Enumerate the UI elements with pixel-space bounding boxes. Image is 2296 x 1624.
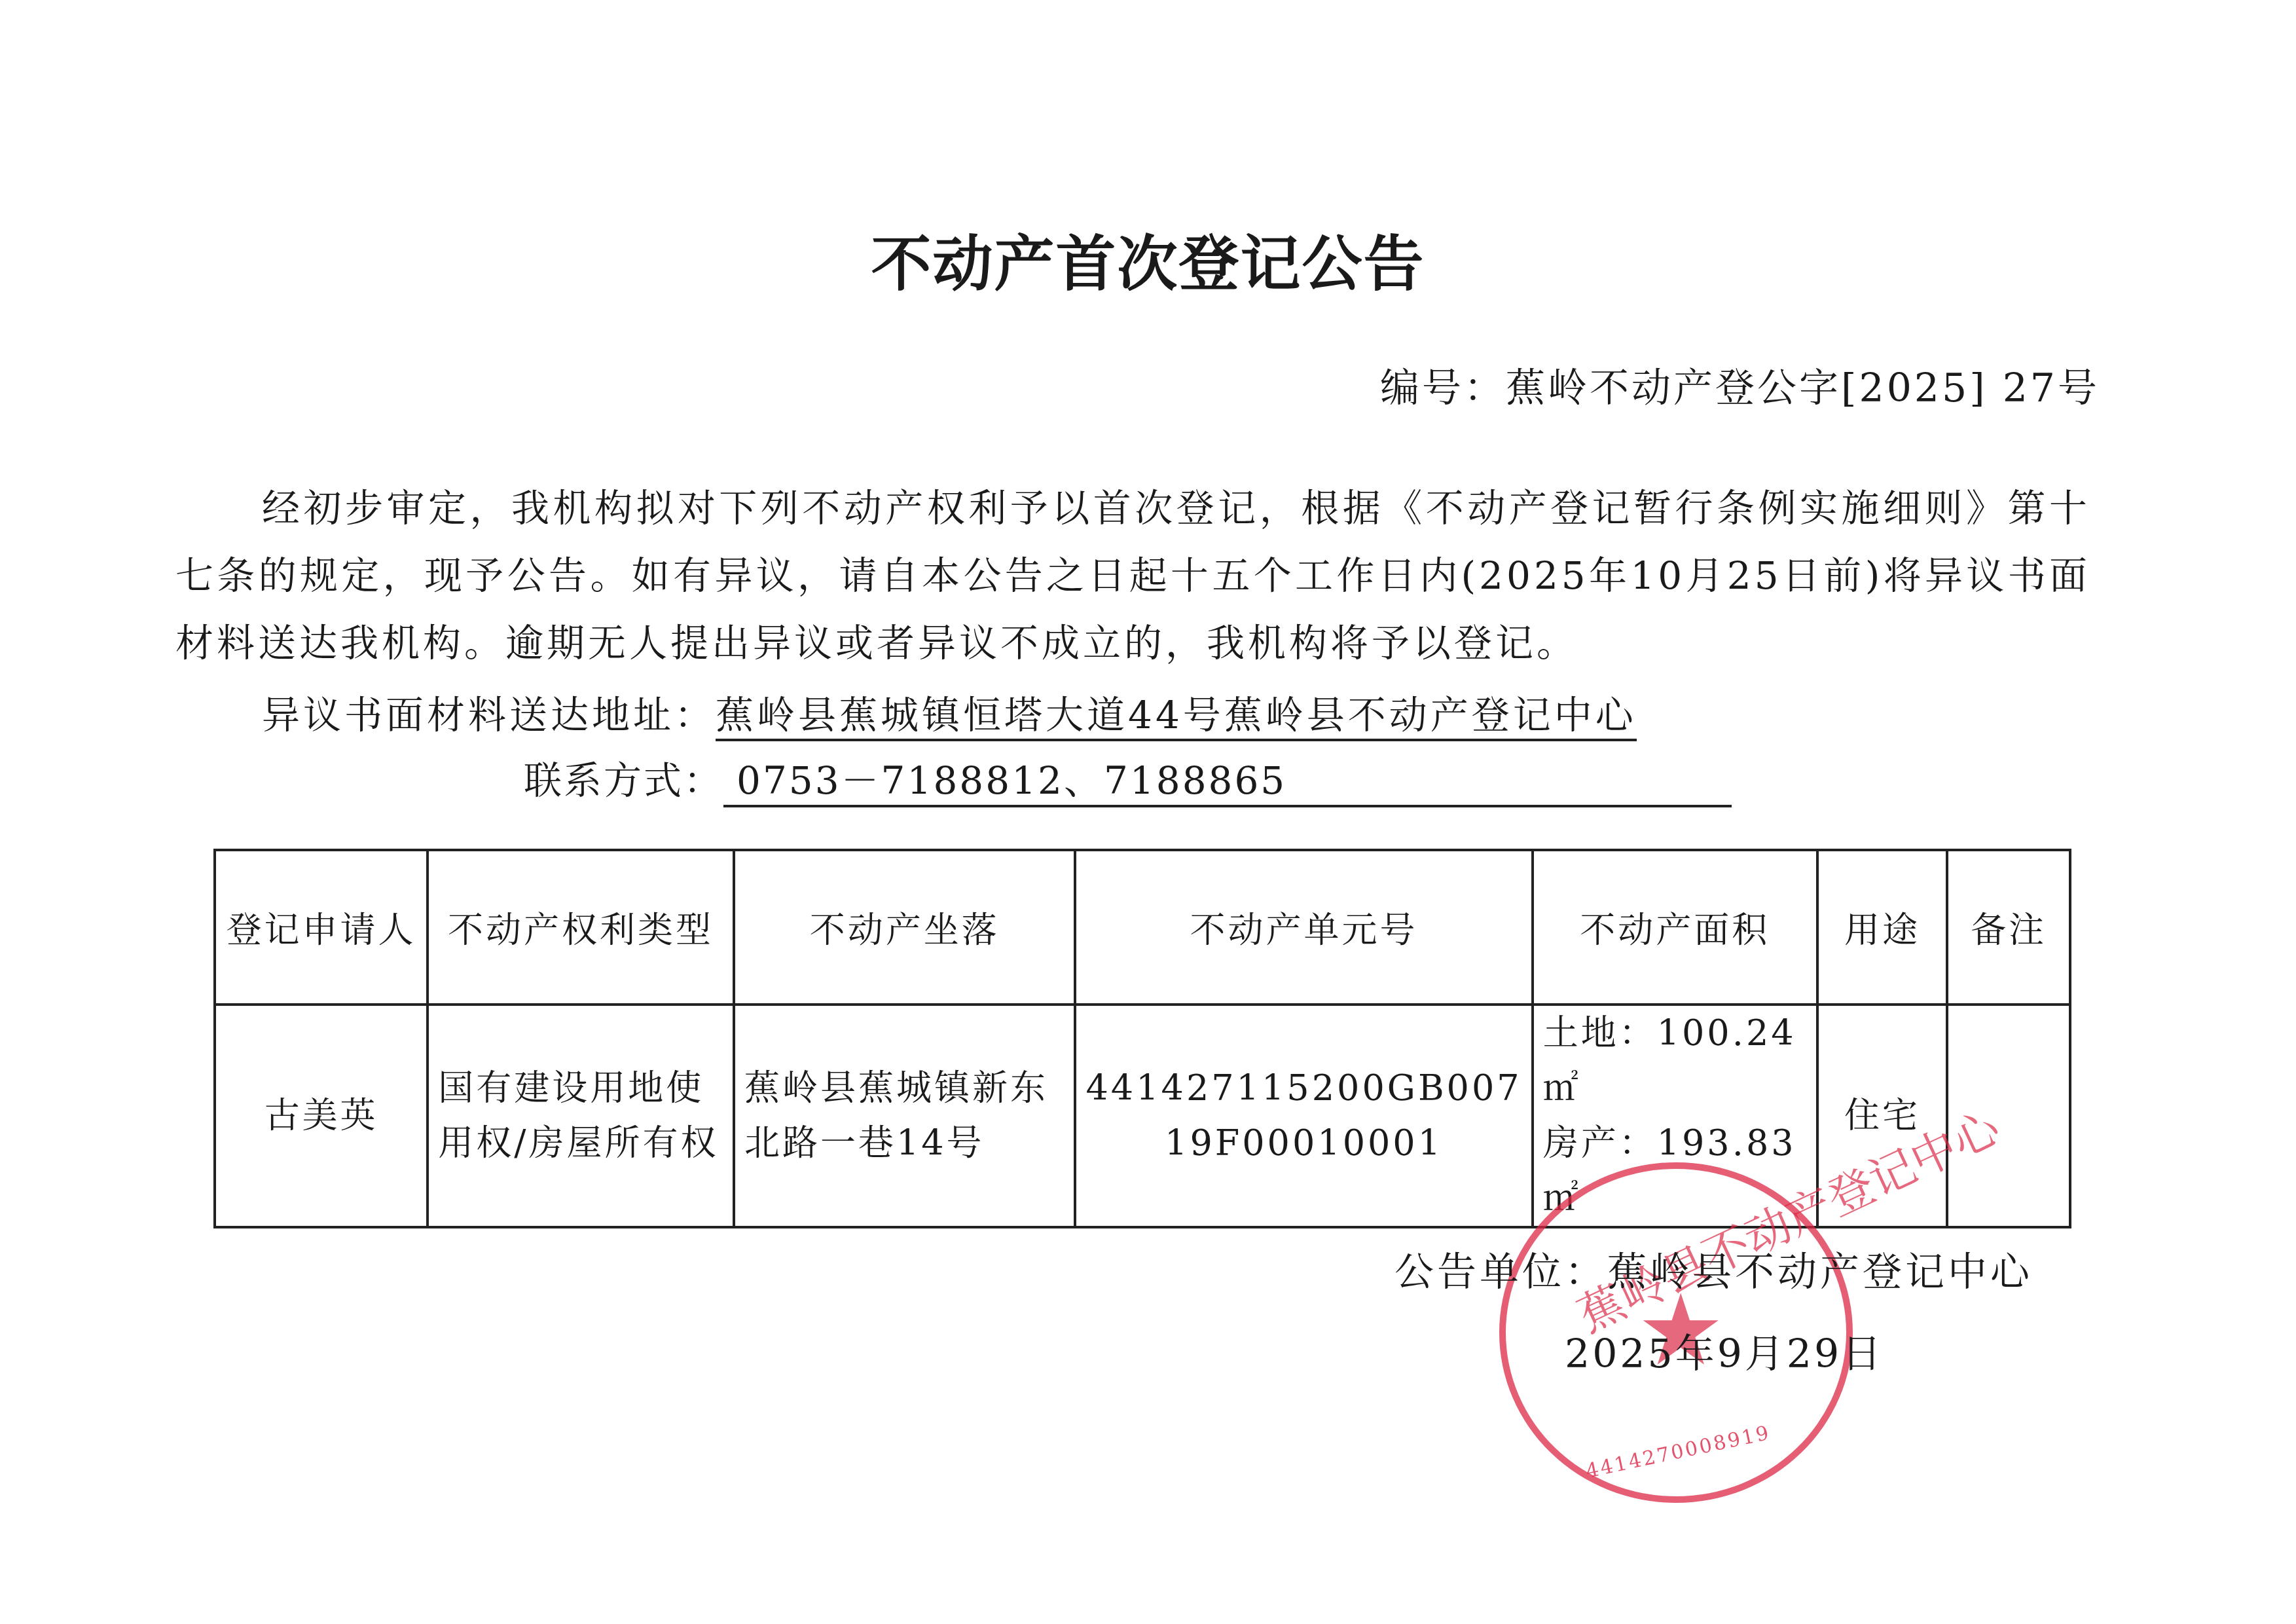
issuer: 公告单位：蕉岭县不动产登记中心 <box>1394 1241 2033 1297</box>
cell-right-type: 国有建设用地使用权/房屋所有权 <box>428 1005 734 1227</box>
cell-applicant: 古美英 <box>215 1005 428 1227</box>
header-unit-no: 不动产单元号 <box>1075 850 1532 1005</box>
header-usage: 用途 <box>1817 850 1948 1005</box>
area-land: 土地：100.24㎡ <box>1543 1006 1807 1116</box>
header-area: 不动产面积 <box>1533 850 1817 1005</box>
notice-body: 经初步审定，我机构拟对下列不动产权利予以首次登记，根据《不动产登记暂行条例实施细… <box>175 475 2090 677</box>
cell-unit-no: 441427115200GB007 19F00010001 <box>1075 1005 1532 1227</box>
header-location: 不动产坐落 <box>734 850 1076 1005</box>
table-header-row: 登记申请人 不动产权利类型 不动产坐落 不动产单元号 不动产面积 用途 备注 <box>215 850 2070 1005</box>
header-remark: 备注 <box>1947 850 2070 1005</box>
objection-address-row: 异议书面材料送达地址：蕉岭县蕉城镇恒塔大道44号蕉岭县不动产登记中心 <box>262 684 1637 739</box>
seal-number: 4414270008919 <box>1584 1422 1772 1483</box>
header-applicant: 登记申请人 <box>215 850 428 1005</box>
cell-location: 蕉岭县蕉城镇新东北路一巷14号 <box>734 1005 1076 1227</box>
contact-label: 联系方式： <box>524 758 723 803</box>
contact-row: 联系方式：0753－7188812、7188865 <box>524 750 1732 807</box>
unit-no-line2: 19F00010001 <box>1085 1116 1522 1171</box>
registration-table: 登记申请人 不动产权利类型 不动产坐落 不动产单元号 不动产面积 用途 备注 古… <box>213 849 2071 1228</box>
document-number: 编号：蕉岭不动产登公字[2025] 27号 <box>1380 357 2100 413</box>
address-label: 异议书面材料送达地址： <box>262 693 716 737</box>
header-right-type: 不动产权利类型 <box>428 850 734 1005</box>
unit-no-line1: 441427115200GB007 <box>1085 1061 1522 1116</box>
address-value: 蕉岭县蕉城镇恒塔大道44号蕉岭县不动产登记中心 <box>716 693 1637 741</box>
issue-date: 2025年9月29日 <box>1565 1323 1884 1379</box>
document-title: 不动产首次登记公告 <box>0 216 2296 303</box>
contact-value: 0753－7188812、7188865 <box>723 750 1732 807</box>
